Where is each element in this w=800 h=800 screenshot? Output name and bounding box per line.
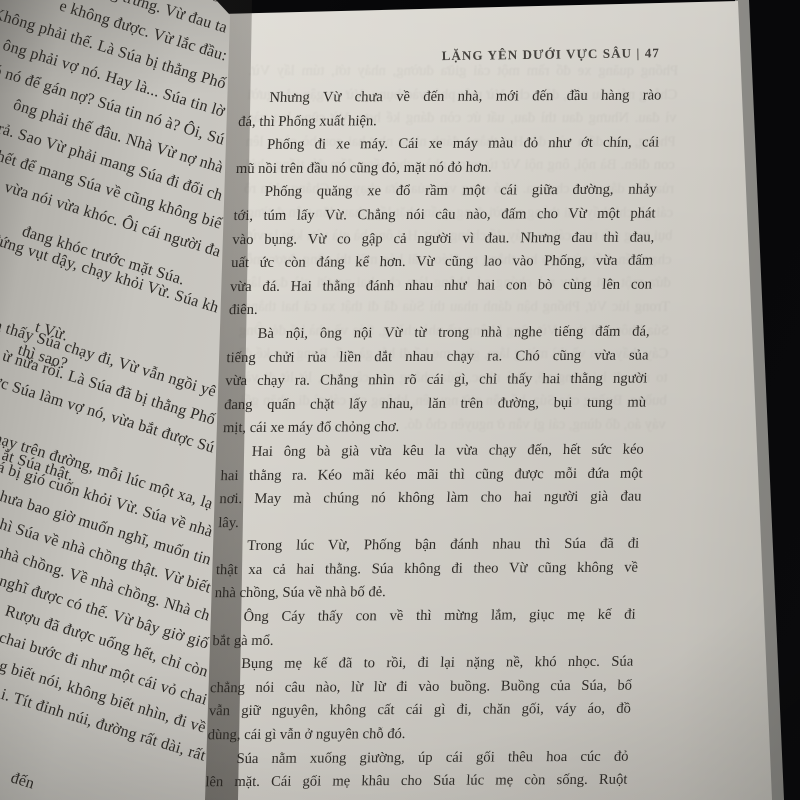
text-line: Ông Cáy thấy con về thì mừng lắm, giục m… — [213, 604, 636, 630]
paragraph: Phống quăng xe đổ rầm một cái giữa đường… — [228, 179, 657, 323]
paragraph: Trong lúc Vừ, Phống bận đánh nhau thì Sú… — [214, 533, 640, 606]
left-text-line: đến — [9, 769, 37, 793]
text-line: vẫn giữ nguyên, không cất cái gì đi, chă… — [208, 698, 631, 724]
text-line: lên mặt. Cái gối mẹ khâu cho Súa lúc mẹ … — [205, 769, 628, 795]
text-line: dùng, cái gì vẫn ở nguyên chỗ đó. — [207, 722, 630, 748]
text-line: Trong lúc Vừ, Phống bận đánh nhau thì Sú… — [217, 533, 640, 559]
text-line: vào bụng. Vừ co gập cả người vì đau. Như… — [232, 226, 655, 252]
text-line: hai thằng ra. Kéo mãi kéo mãi thì cũng đ… — [220, 462, 643, 488]
text-line: vừa đá. Hai thằng đánh nhau như hai con … — [229, 273, 652, 299]
text-line: Bụng mẹ kế đã to rồi, đi lại nặng nề, kh… — [211, 651, 634, 677]
text-line: Phống đi xe máy. Cái xe máy màu đỏ như ớ… — [236, 132, 659, 158]
paragraph: Ông Cáy thấy con về thì mừng lắm, giục m… — [212, 604, 636, 654]
text-line: đang quấn chặt lấy nhau, lăn trên đường,… — [224, 391, 647, 417]
text-line: đá, thì Phống xuất hiện. — [238, 108, 661, 134]
text-line: nơi. May mà chúng nó không làm cho hai n… — [219, 486, 642, 512]
text-line: mũ nồi trên đầu nó cũng đỏ, mặt nó đỏ hơ… — [235, 155, 658, 181]
text-line: chẳng nói câu nào, lừ lừ đi vào buồng. B… — [209, 674, 632, 700]
text-line: thật xa cả hai thằng. Súa không đi theo … — [215, 556, 638, 582]
page-body-text: Nhưng Vừ chưa về đến nhà, mới đến đầu hà… — [205, 84, 662, 795]
book-photo: Phống quăng xe đổ rầm một cái giữa đường… — [0, 0, 800, 800]
text-line: Phống quăng xe đổ rầm một cái giữa đường… — [234, 179, 657, 205]
text-line: uất ức còn đáng kể hơn. Vừ cũng lao vào … — [231, 250, 654, 276]
paragraph: Hai ông bà già vừa kêu la vừa chạy đến, … — [218, 438, 645, 535]
paragraph: Bà nội, ông nội Vừ từ trong nhà nghe tiế… — [222, 320, 650, 441]
paragraph: Nhưng Vừ chưa về đến nhà, mới đến đầu hà… — [238, 84, 662, 134]
text-line: Bà nội, ông nội Vừ từ trong nhà nghe tiế… — [227, 320, 650, 346]
text-line: tiếng chửi rủa liền dắt nhau chạy ra. Ch… — [226, 344, 649, 370]
text-line: Súa nằm xuống giường, úp cái gối thêu ho… — [206, 745, 629, 771]
text-line: nhà chồng, Súa về nhà bố đẻ. — [214, 580, 637, 606]
text-line: bắt gà mổ. — [212, 627, 635, 653]
text-line: lây. — [218, 509, 641, 535]
text-line: Nhưng Vừ chưa về đến nhà, mới đến đầu hà… — [239, 84, 662, 110]
left-page-text: ợ người ta rồi.Súa trừng trừng. Vừ đau t… — [0, 0, 228, 800]
text-line: tới, túm lấy Vừ. Chẳng nói câu nào, đấm … — [233, 202, 656, 228]
text-line: điên. — [228, 297, 651, 323]
paragraph: Bụng mẹ kế đã to rồi, đi lại nặng nề, kh… — [207, 651, 634, 748]
paragraph: Phống đi xe máy. Cái xe máy màu đỏ như ớ… — [235, 132, 659, 182]
text-line: Hai ông bà già vừa kêu la vừa chạy đến, … — [221, 438, 644, 464]
paragraph: Súa nằm xuống giường, úp cái gối thêu ho… — [205, 745, 629, 795]
text-line: mịt, cái xe máy đổ chỏng chơ. — [222, 415, 645, 441]
text-line: vừa chạy ra. Chẳng nhìn rõ cái gì, chỉ t… — [225, 368, 648, 394]
